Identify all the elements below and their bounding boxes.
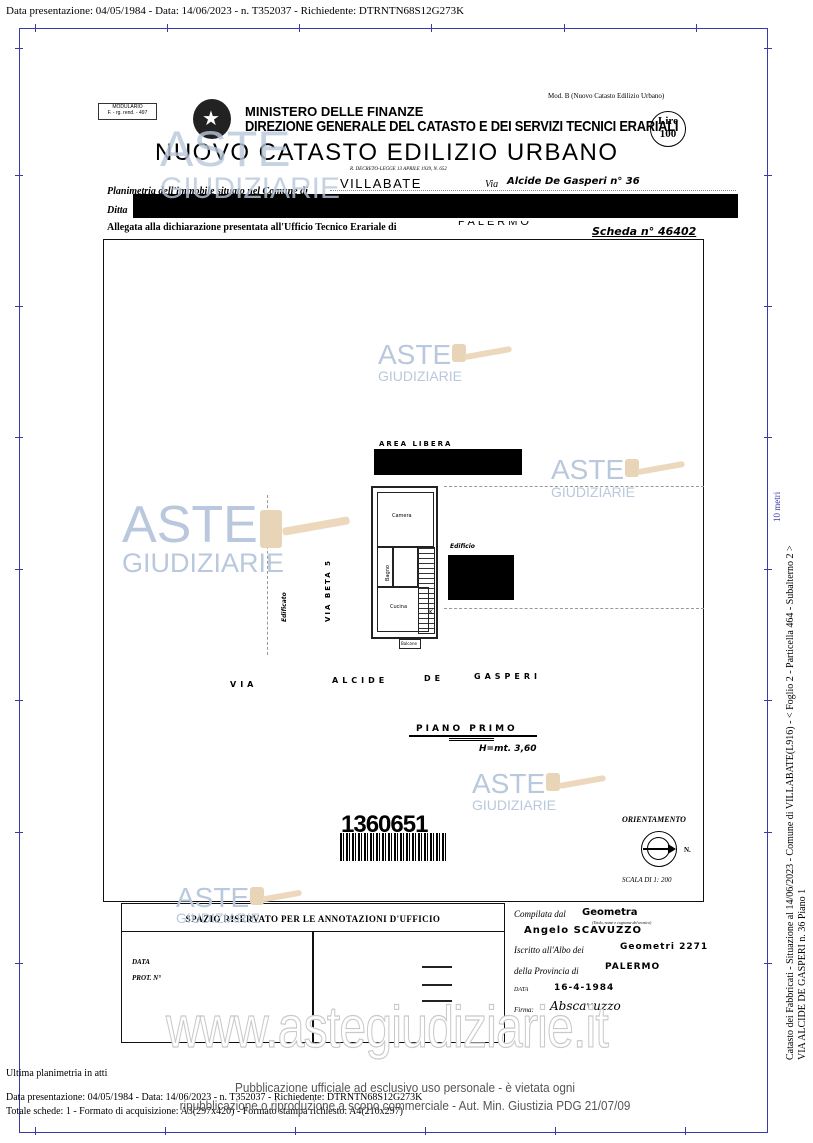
altezza-label: H=mt. 3,60 [479,744,537,754]
via-value: Alcide De Gasperi n° 36 [507,176,640,187]
area-libera-label: AREA LIBERA [379,440,452,448]
orientamento-label: ORIENTAMENTO [622,815,686,824]
compilata-titolo: Geometra [582,907,638,918]
barcode [340,833,447,861]
room-camera [377,492,434,547]
iscritto-label: Iscritto all'Albo dei [514,945,584,955]
redacted-edificio [448,555,514,600]
lire-value: 100 [651,128,685,141]
compass-icon [641,831,677,867]
floor-plan-area: AREA LIBERA Camera Bagno Cucina K Balcon… [103,239,704,902]
anno-prot-label: PROT. N° [132,974,161,982]
via-label: Via [485,179,498,190]
albo-value: Geometri 2271 [620,942,708,952]
scale-bar-label: 10 metri [772,492,782,522]
scale-label: SCALA DI 1: 200 [622,876,671,884]
scheda-number: Scheda n° 46402 [592,225,696,238]
ministero-title: MINISTERO DELLE FINANZE [245,104,423,119]
edificato-label: Edificato [281,592,288,622]
room-k-label: K [429,609,433,616]
street-via: VIA [230,680,257,689]
street-de: DE [424,674,444,683]
modulario-ref: F. - rg. rend. - 497 [99,110,156,116]
compilata-label: Compilata dal [514,909,566,919]
compilata-nome: Angelo SCAVUZZO [524,925,642,936]
ditta-label: Ditta [107,205,128,216]
stamp-lire-badge: Lire 100 [650,111,686,147]
side-info-line1: Catasto dei Fabbricati - Situazione al 1… [785,545,796,1060]
decreto-reference: R. DECRETO-LEGGE 13 APRILE 1939, N. 652 [350,167,447,172]
anno-data-label: DATA [132,958,150,966]
room-camera-label: Camera [392,513,412,519]
side-info-line2: VIA ALCIDE DE GASPERI n. 36 Piano 1 [797,889,808,1060]
direzione-title: DIREZIONE GENERALE DEL CATASTO E DEI SER… [245,118,678,135]
balcone-label: Balcone [401,641,417,646]
mod-b-label: Mod. B (Nuovo Catasto Edilizio Urbano) [548,92,664,100]
pubblicazione-line2: ripubblicazione o riproduzione a scopo c… [149,1098,662,1113]
pubblicazione-line1: Pubblicazione ufficiale ad esclusivo uso… [149,1080,662,1095]
modulario-box: MODULARIO F. - rg. rend. - 497 [98,103,157,120]
document-header: Data presentazione: 04/05/1984 - Data: 1… [6,5,464,17]
scale-bar [767,440,768,570]
provincia-value: PALERMO [605,962,660,972]
comune-value: VILLABATE [340,176,422,191]
lire-label: Lire [651,115,685,128]
provincia-label: della Provincia di [514,966,579,976]
street-gasperi: GASPERI [474,672,541,681]
redacted-ditta [133,194,738,218]
watermark-www: www.astegiudiziarie.it [166,994,608,1061]
piano-label: PIANO PRIMO [416,724,518,734]
compilata-data-label: DATA [514,987,528,993]
annotazioni-title: SPAZIO RISERVATO PER LE ANNOTAZIONI D'UF… [122,904,504,932]
north-label: N. [684,846,691,854]
republic-emblem-icon [193,99,231,139]
room-cucina-label: Cucina [390,604,407,610]
footer-ultima: Ultima planimetria in atti [6,1068,107,1079]
compilata-data-value: 16-4-1984 [554,983,614,993]
catasto-title: NUOVO CATASTO EDILIZIO URBANO [155,139,619,167]
via-beta-label: VIA BETA 5 [324,559,332,622]
redacted-area [374,449,522,475]
room-disimpegno [393,547,418,587]
allegata-label: Allegata alla dichiarazione presentata a… [107,222,397,233]
edificio-label: Edificio [450,543,475,550]
street-alcide: ALCIDE [332,676,388,685]
room-bagno-label: Bagno [385,565,391,581]
